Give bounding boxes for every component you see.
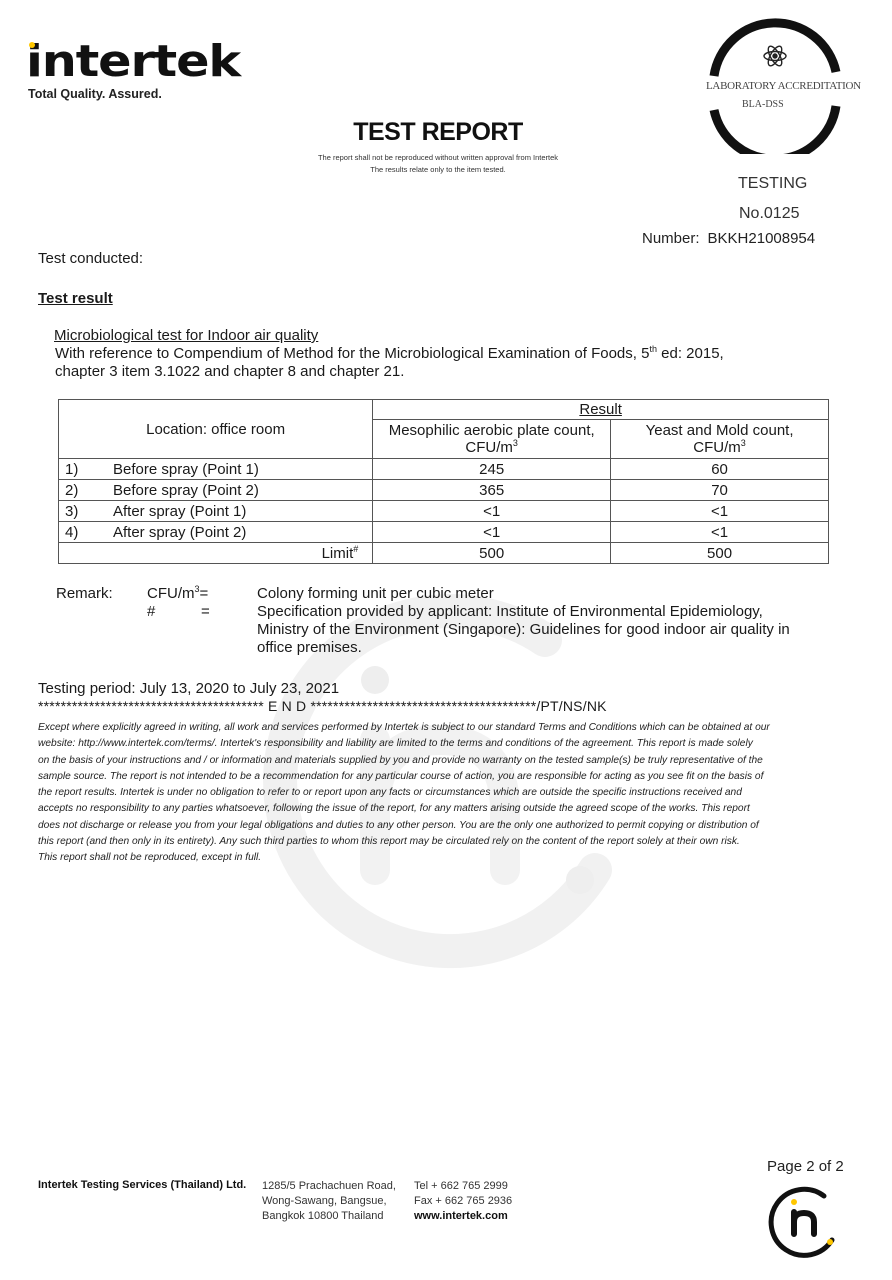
unit-sup: 3 — [513, 438, 518, 448]
end-text: E N D — [268, 698, 306, 714]
remark-label: Remark: — [56, 585, 113, 602]
report-number: Number:BKKH21008954 — [642, 230, 815, 247]
tagline: Total Quality. Assured. — [28, 87, 162, 101]
remark-value-hash-line1: Specification provided by applicant: Ins… — [257, 603, 763, 620]
accreditation-line2: BLA-DSS — [742, 99, 784, 110]
row-location: Before spray (Point 2) — [113, 482, 259, 499]
yeast-mold-cell: 60 — [611, 459, 829, 480]
remark-eq: = — [201, 603, 210, 620]
limit-row: Limit# 500 500 — [59, 543, 829, 564]
disclaimer-line: sample source. The report is not intende… — [38, 769, 844, 785]
disclaimer-line: This report shall not be reproduced, exc… — [38, 850, 844, 866]
mesophilic-cell: 365 — [373, 480, 611, 501]
accreditation-category: TESTING — [738, 175, 807, 193]
yeast-mold-cell: 70 — [611, 480, 829, 501]
disclaimer-line: does not discharge or release you from y… — [38, 818, 844, 834]
page-number: Page 2 of 2 — [767, 1158, 844, 1175]
disclaimer-line: this report (and then only in its entire… — [38, 834, 844, 850]
remark-value-hash-line3: office premises. — [257, 639, 362, 656]
results-table: Location: office room Result Mesophilic … — [58, 399, 829, 564]
row-index: 4) — [63, 524, 113, 541]
row-location: After spray (Point 1) — [113, 503, 246, 520]
location-header: Location: office room — [59, 400, 373, 459]
reproduction-note: The report shall not be reproduced witho… — [0, 153, 876, 162]
footer-tel: Tel + 662 765 2999 — [414, 1179, 512, 1194]
remark-value-cfu: Colony forming unit per cubic meter — [257, 585, 494, 602]
report-number-label: Number: — [642, 230, 700, 247]
table-row: 1)Before spray (Point 1) 245 60 — [59, 459, 829, 480]
accreditation-number: No.0125 — [739, 205, 800, 223]
disclaimer-line: on the basis of your instructions and / … — [38, 753, 844, 769]
remark-key-hash: # — [147, 603, 155, 620]
remark-key-text: CFU/m — [147, 585, 195, 602]
end-marker: ****************************************… — [38, 698, 830, 714]
intertek-in-logo-icon — [766, 1182, 844, 1260]
yeast-mold-header: Yeast and Mold count, CFU/m3 — [611, 420, 829, 459]
test-conducted-label: Test conducted: — [38, 250, 143, 267]
yeast-mold-cell: <1 — [611, 522, 829, 543]
method-ref-text-post: ed: 2015, — [657, 345, 724, 362]
disclaimer-line: website: http://www.intertek.com/terms/.… — [38, 736, 844, 752]
limit-label: Limit# — [59, 543, 373, 564]
row-location: After spray (Point 2) — [113, 524, 246, 541]
disclaimer: Except where explicitly agreed in writin… — [38, 720, 844, 867]
yeast-mold-cell: <1 — [611, 501, 829, 522]
footer-contact: Tel + 662 765 2999 Fax + 662 765 2936 ww… — [414, 1179, 512, 1224]
unit-text: CFU/m — [693, 439, 741, 456]
end-suffix: /PT/NS/NK — [536, 698, 606, 714]
location-cell: 3)After spray (Point 1) — [59, 501, 373, 522]
mesophilic-header: Mesophilic aerobic plate count, CFU/m3 — [373, 420, 611, 459]
testing-period: Testing period: July 13, 2020 to July 23… — [38, 680, 339, 697]
disclaimer-line: accepts no responsibility to any parties… — [38, 801, 844, 817]
testing-period-label: Testing period: — [38, 680, 136, 697]
mesophilic-header-unit: CFU/m3 — [377, 439, 606, 456]
footer-fax: Fax + 662 765 2936 — [414, 1194, 512, 1209]
report-number-value: BKKH21008954 — [708, 230, 816, 247]
end-stars-right: **************************************** — [310, 698, 536, 714]
table-row: 4)After spray (Point 2) <1 <1 — [59, 522, 829, 543]
mesophilic-cell: 245 — [373, 459, 611, 480]
limit-text: Limit — [322, 545, 354, 562]
row-index: 3) — [63, 503, 113, 520]
yeast-mold-header-unit: CFU/m3 — [615, 439, 824, 456]
yeast-mold-limit: 500 — [611, 543, 829, 564]
yeast-mold-header-label: Yeast and Mold count, — [615, 422, 824, 439]
location-cell: 2)Before spray (Point 2) — [59, 480, 373, 501]
unit-sup: 3 — [741, 438, 746, 448]
table-row: 2)Before spray (Point 2) 365 70 — [59, 480, 829, 501]
disclaimer-line: Except where explicitly agreed in writin… — [38, 720, 844, 736]
mesophilic-cell: <1 — [373, 501, 611, 522]
mesophilic-limit: 500 — [373, 543, 611, 564]
method-ref-text: With reference to Compendium of Method f… — [55, 345, 649, 362]
method-ref-sup: th — [649, 344, 657, 354]
testing-period-value: July 13, 2020 to July 23, 2021 — [140, 680, 339, 697]
method-reference-line1: With reference to Compendium of Method f… — [55, 345, 724, 362]
mesophilic-header-label: Mesophilic aerobic plate count, — [377, 422, 606, 439]
intertek-logo: intertek — [26, 36, 240, 87]
unit-text: CFU/m — [465, 439, 513, 456]
remark-key-cfu: CFU/m3= — [147, 585, 208, 602]
address-line: Wong-Sawang, Bangsue, — [262, 1194, 396, 1209]
disclaimer-line: the report results. Intertek is under no… — [38, 785, 844, 801]
remark-value-hash-line2: Ministry of the Environment (Singapore):… — [257, 621, 790, 638]
results-note: The results relate only to the item test… — [0, 165, 876, 174]
row-location: Before spray (Point 1) — [113, 461, 259, 478]
row-index: 2) — [63, 482, 113, 499]
limit-sup: # — [353, 544, 358, 554]
table-row: 3)After spray (Point 1) <1 <1 — [59, 501, 829, 522]
address-line: 1285/5 Prachachuen Road, — [262, 1179, 396, 1194]
remark-eq: = — [200, 585, 209, 602]
test-result-heading: Test result — [38, 290, 113, 307]
accreditation-line1: LABORATORY ACCREDITATION — [706, 80, 842, 92]
location-cell: 4)After spray (Point 2) — [59, 522, 373, 543]
result-header: Result — [373, 400, 829, 420]
address-line: Bangkok 10800 Thailand — [262, 1209, 396, 1224]
logo-dot-icon — [29, 42, 35, 48]
location-cell: 1)Before spray (Point 1) — [59, 459, 373, 480]
method-reference-line2: chapter 3 item 3.1022 and chapter 8 and … — [55, 363, 404, 380]
mesophilic-cell: <1 — [373, 522, 611, 543]
row-index: 1) — [63, 461, 113, 478]
page-title: TEST REPORT — [0, 118, 876, 147]
footer-company: Intertek Testing Services (Thailand) Ltd… — [38, 1179, 246, 1191]
footer-address: 1285/5 Prachachuen Road, Wong-Sawang, Ba… — [262, 1179, 396, 1224]
end-stars-left: **************************************** — [38, 698, 264, 714]
method-title: Microbiological test for Indoor air qual… — [54, 327, 318, 344]
footer-website-link[interactable]: www.intertek.com — [414, 1209, 512, 1224]
